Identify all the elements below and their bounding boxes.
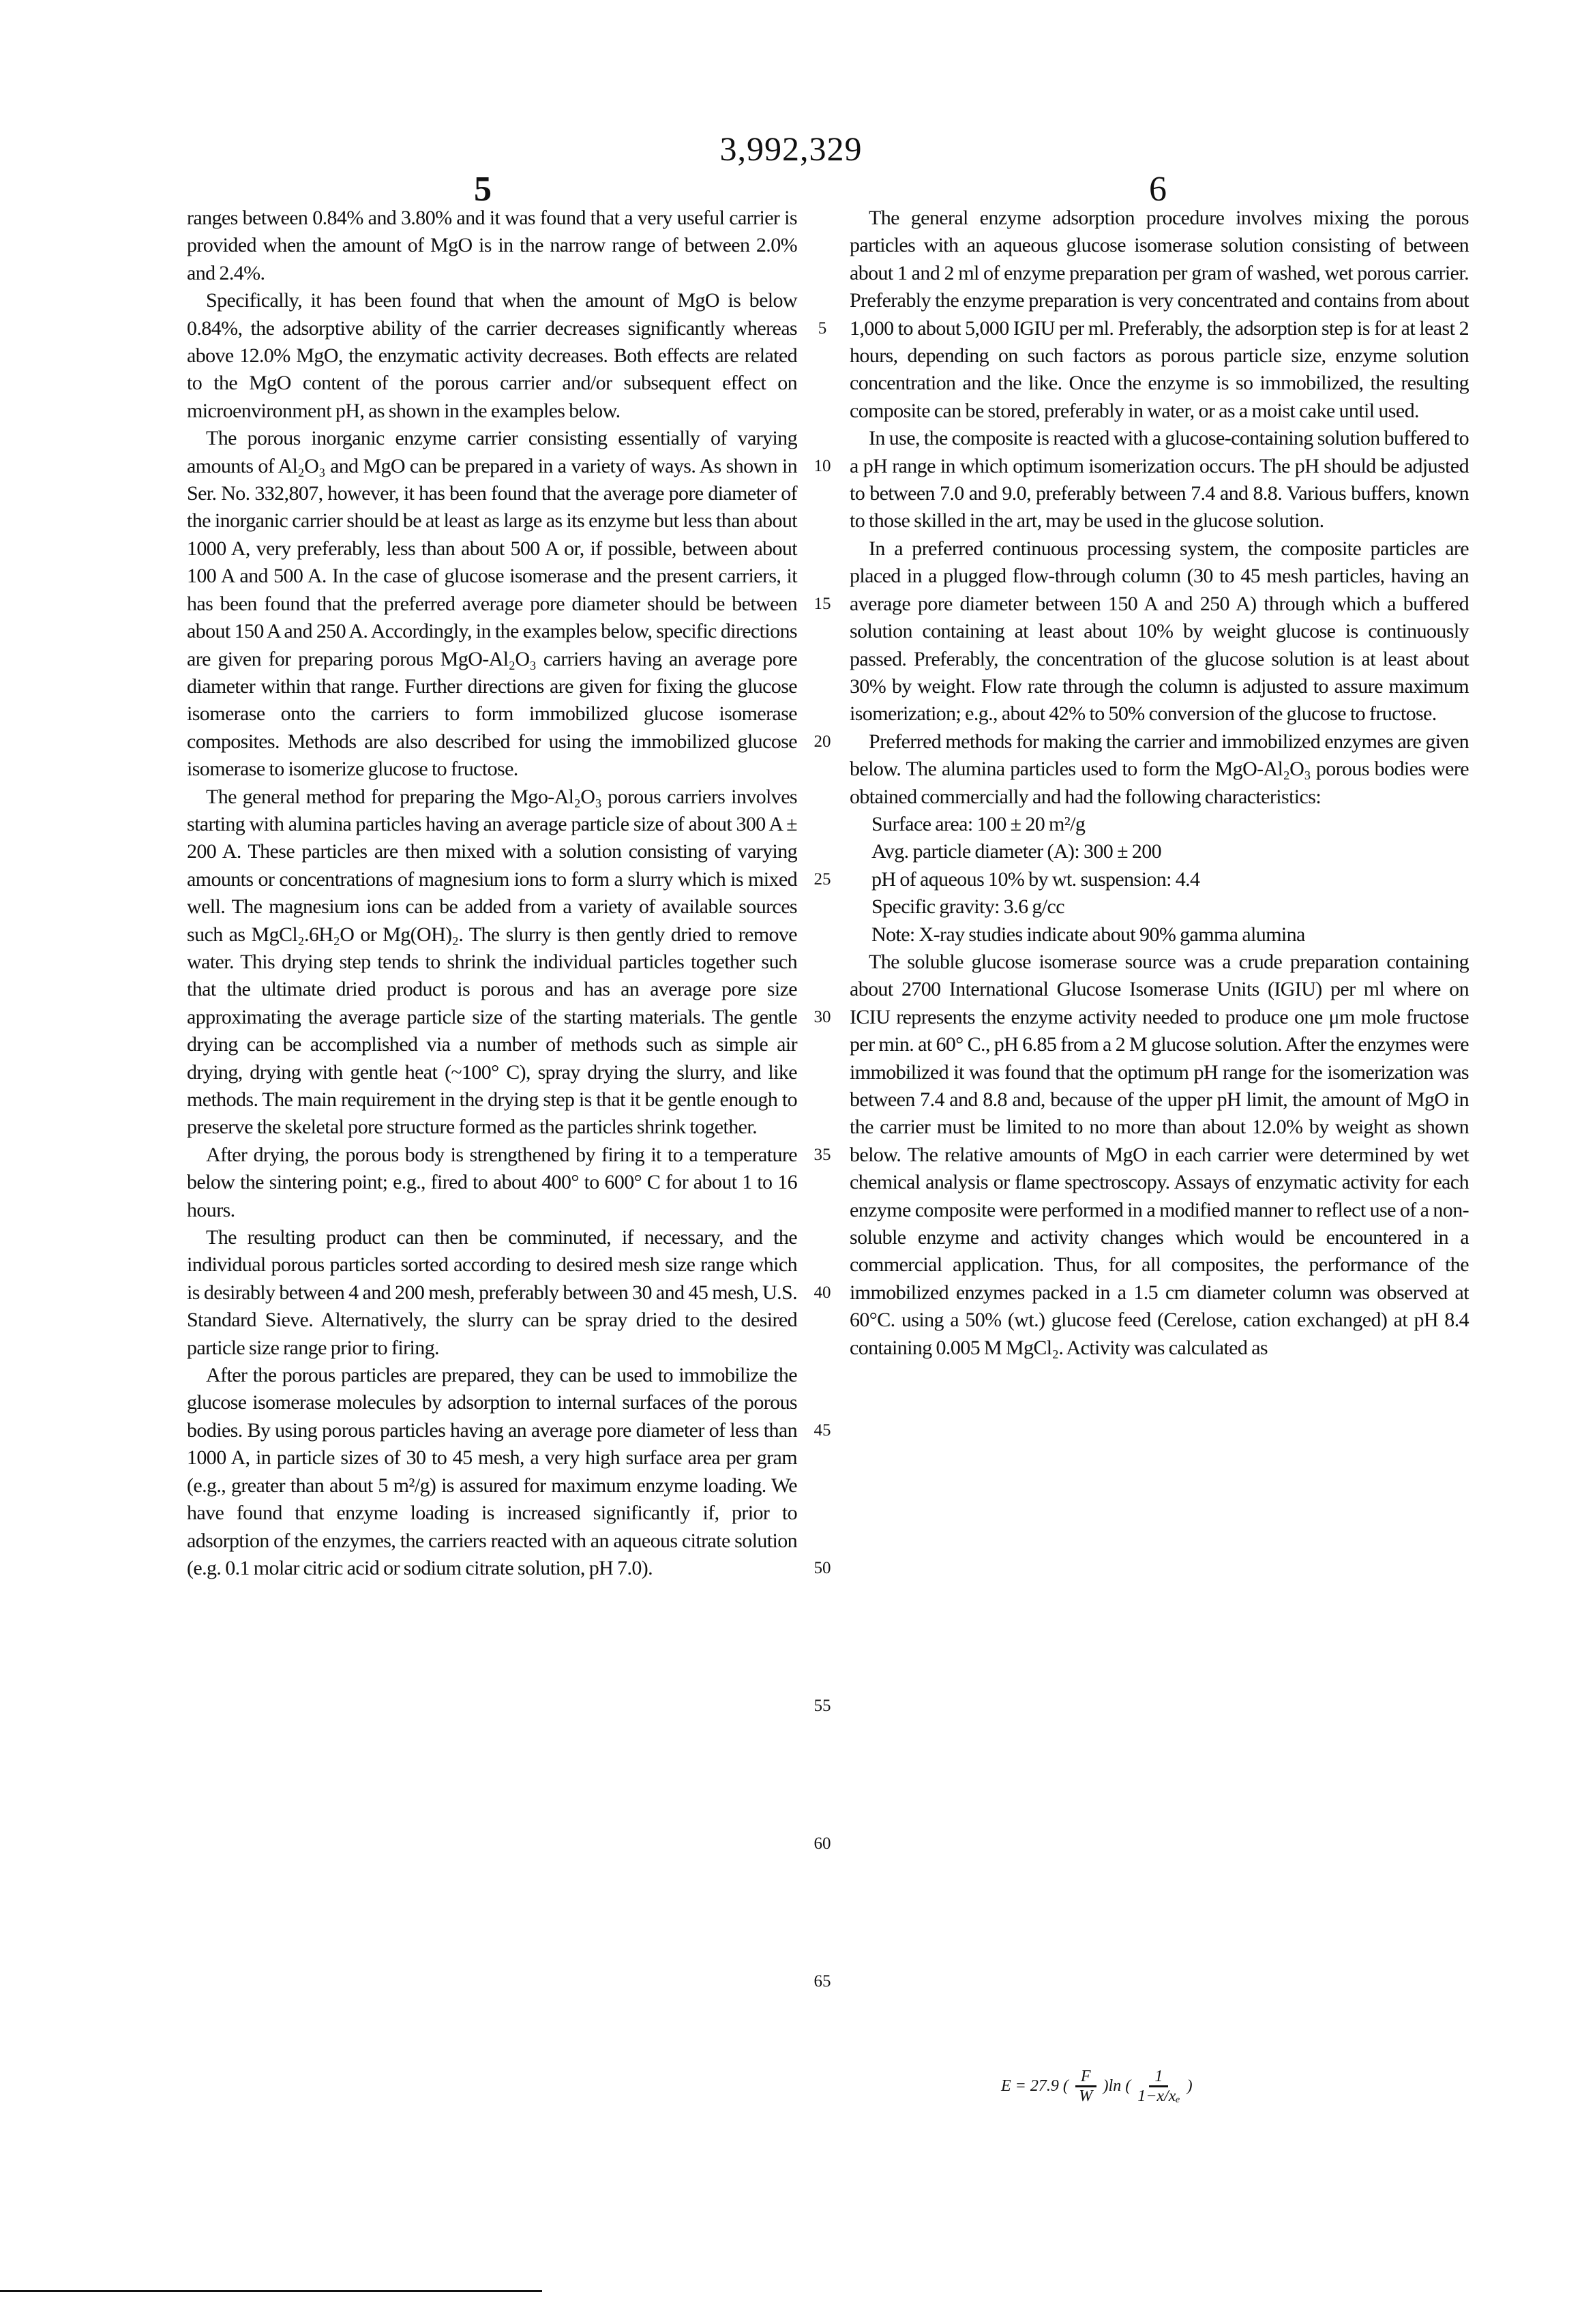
activity-formula: E = 27.9 ( F W )ln ( 1 1−x/xₑ ) [1001,2068,1193,2105]
line-number: 45 [809,1417,836,1444]
line-number: 10 [809,453,836,480]
line-number: 30 [809,1004,836,1031]
line-number: 5 [809,315,836,342]
paragraph: After drying, the porous body is strengt… [187,1142,797,1224]
line-number: 65 [809,1968,836,1995]
line-number: 40 [809,1279,836,1307]
fraction-numerator: F [1075,2068,1096,2087]
paragraph: ranges between 0.84% and 3.80% and it wa… [187,205,797,287]
paragraph: The general method for preparing the Mgo… [187,784,797,1142]
formula-ln: )ln ( [1103,2077,1131,2096]
patent-number: 3,992,329 [0,128,1582,169]
characteristic-item: Specific gravity: 3.6 g/cc [850,893,1469,921]
characteristic-item: Surface area: 100 ± 20 m²/g [850,811,1469,838]
line-number: 25 [809,866,836,893]
paragraph: Preferred methods for making the carrier… [850,728,1469,811]
formula-lhs: E = 27.9 ( [1001,2077,1069,2096]
paragraph: Specifically, it has been found that whe… [187,287,797,425]
paragraph: The soluble glucose isomerase source was… [850,949,1469,1362]
column-number-left: 5 [474,169,492,210]
line-number: 50 [809,1555,836,1582]
paragraph: After the porous particles are prepared,… [187,1362,797,1582]
line-number: 55 [809,1693,836,1720]
formula-close: ) [1187,2077,1193,2096]
left-text-column: ranges between 0.84% and 3.80% and it wa… [187,205,797,1582]
fraction-conversion: 1 1−x/xₑ [1137,2068,1180,2105]
column-number-right: 6 [1149,169,1167,210]
fraction-numerator: 1 [1149,2068,1168,2087]
paragraph: The porous inorganic enzyme carrier cons… [187,425,797,783]
fraction-f-over-w: F W [1075,2068,1096,2105]
characteristic-item: pH of aqueous 10% by wt. suspension: 4.4 [850,866,1469,893]
paragraph: The general enzyme adsorption procedure … [850,205,1469,425]
line-number: 60 [809,1830,836,1858]
line-number: 15 [809,591,836,618]
fraction-denominator: 1−x/xₑ [1137,2087,1180,2105]
paragraph: In a preferred continuous processing sys… [850,535,1469,728]
fraction-denominator: W [1079,2087,1092,2105]
characteristic-item: Note: X-ray studies indicate about 90% g… [850,921,1469,949]
line-number: 20 [809,728,836,756]
paragraph: In use, the composite is reacted with a … [850,425,1469,535]
paragraph: The resulting product can then be commin… [187,1224,797,1362]
characteristic-item: Avg. particle diameter (A): 300 ± 200 [850,838,1469,865]
line-number: 35 [809,1142,836,1169]
footer-rule [0,2290,542,2292]
right-text-column: The general enzyme adsorption procedure … [850,205,1469,1362]
